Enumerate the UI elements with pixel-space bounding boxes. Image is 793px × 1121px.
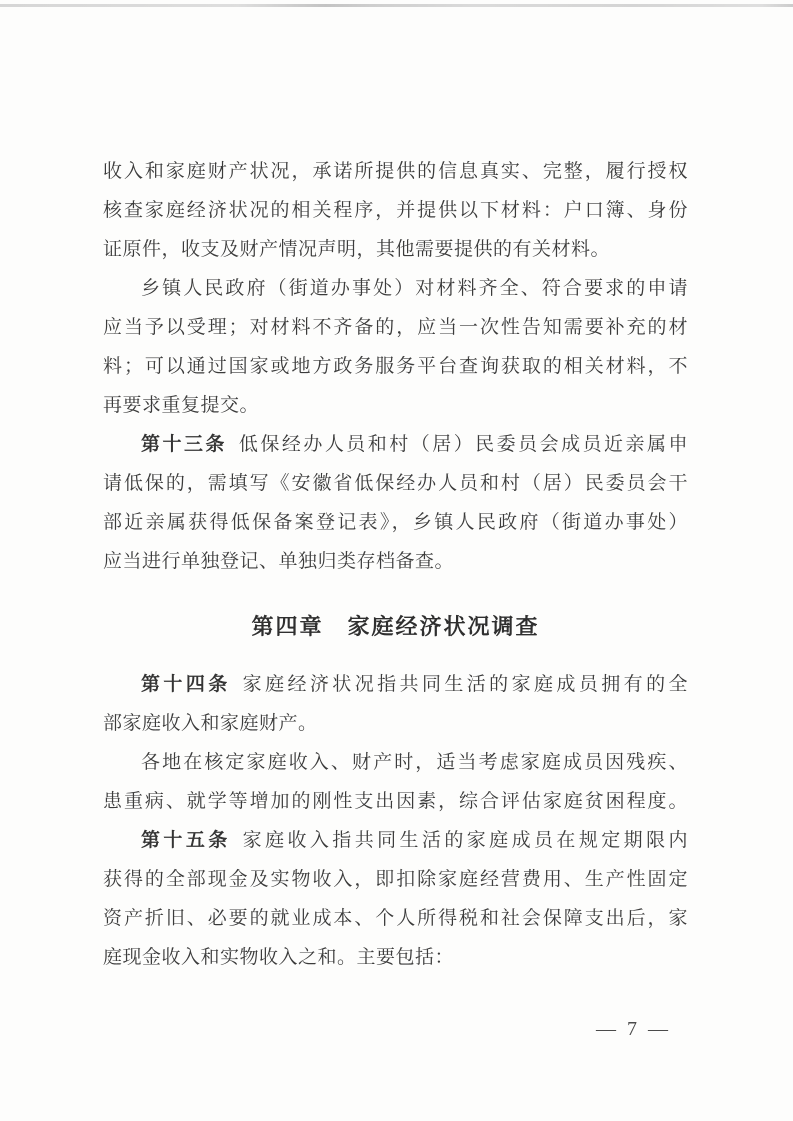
text-line: 庭现金收入和实物收入之和。主要包括： <box>103 938 688 977</box>
text-line: 第十三条低保经办人员和村（居）民委员会成员近亲属申 <box>103 425 688 464</box>
article-number: 第十四条 <box>141 674 231 695</box>
text-line: 料；可以通过国家或地方政务服务平台查询获取的相关材料，不 <box>103 347 688 386</box>
chapter-heading: 第四章 家庭经济状况调查 <box>103 607 688 647</box>
paragraph-article-15: 第十五条家庭收入指共同生活的家庭成员在规定期限内 获得的全部现金及实物收入，即扣… <box>103 821 688 977</box>
document-body: 收入和家庭财产状况，承诺所提供的信息真实、完整，履行授权 核查家庭经济状况的相关… <box>103 152 688 977</box>
page-number: — 7 — <box>596 1014 671 1044</box>
text-line: 患重病、就学等增加的刚性支出因素，综合评估家庭贫困程度。 <box>103 782 688 821</box>
article-text: 家庭经济状况指共同生活的家庭成员拥有的全 <box>243 674 688 695</box>
scan-edge-artifact <box>0 4 793 7</box>
document-page: 收入和家庭财产状况，承诺所提供的信息真实、完整，履行授权 核查家庭经济状况的相关… <box>0 0 793 1121</box>
text-line: 核查家庭经济状况的相关程序，并提供以下材料：户口簿、身份 <box>103 191 688 230</box>
text-line: 请低保的，需填写《安徽省低保经办人员和村（居）民委员会干 <box>103 464 688 503</box>
text-line: 第十四条家庭经济状况指共同生活的家庭成员拥有的全 <box>103 665 688 704</box>
text-line: 乡镇人民政府（街道办事处）对材料齐全、符合要求的申请 <box>103 269 688 308</box>
text-line: 证原件，收支及财产情况声明，其他需要提供的有关材料。 <box>103 230 688 269</box>
article-text: 低保经办人员和村（居）民委员会成员近亲属申 <box>239 434 688 455</box>
text-line: 应当进行单独登记、单独归类存档备查。 <box>103 542 688 581</box>
article-text: 家庭收入指共同生活的家庭成员在规定期限内 <box>243 830 688 851</box>
text-line: 收入和家庭财产状况，承诺所提供的信息真实、完整，履行授权 <box>103 152 688 191</box>
paragraph-acceptance: 乡镇人民政府（街道办事处）对材料齐全、符合要求的申请 应当予以受理；对材料不齐备… <box>103 269 688 425</box>
paragraph-rigid-expense: 各地在核定家庭收入、财产时，适当考虑家庭成员因残疾、 患重病、就学等增加的刚性支… <box>103 743 688 821</box>
text-line: 再要求重复提交。 <box>103 386 688 425</box>
text-line: 第十五条家庭收入指共同生活的家庭成员在规定期限内 <box>103 821 688 860</box>
paragraph-materials: 收入和家庭财产状况，承诺所提供的信息真实、完整，履行授权 核查家庭经济状况的相关… <box>103 152 688 269</box>
text-line: 应当予以受理；对材料不齐备的，应当一次性告知需要补充的材 <box>103 308 688 347</box>
article-number: 第十五条 <box>141 830 231 851</box>
paragraph-article-13: 第十三条低保经办人员和村（居）民委员会成员近亲属申 请低保的，需填写《安徽省低保… <box>103 425 688 581</box>
text-line: 资产折旧、必要的就业成本、个人所得税和社会保障支出后，家 <box>103 899 688 938</box>
text-line: 部家庭收入和家庭财产。 <box>103 704 688 743</box>
text-line: 部近亲属获得低保备案登记表》，乡镇人民政府（街道办事处） <box>103 503 688 542</box>
paragraph-article-14: 第十四条家庭经济状况指共同生活的家庭成员拥有的全 部家庭收入和家庭财产。 <box>103 665 688 743</box>
text-line: 获得的全部现金及实物收入，即扣除家庭经营费用、生产性固定 <box>103 860 688 899</box>
text-line: 各地在核定家庭收入、财产时，适当考虑家庭成员因残疾、 <box>103 743 688 782</box>
article-number: 第十三条 <box>141 434 227 455</box>
